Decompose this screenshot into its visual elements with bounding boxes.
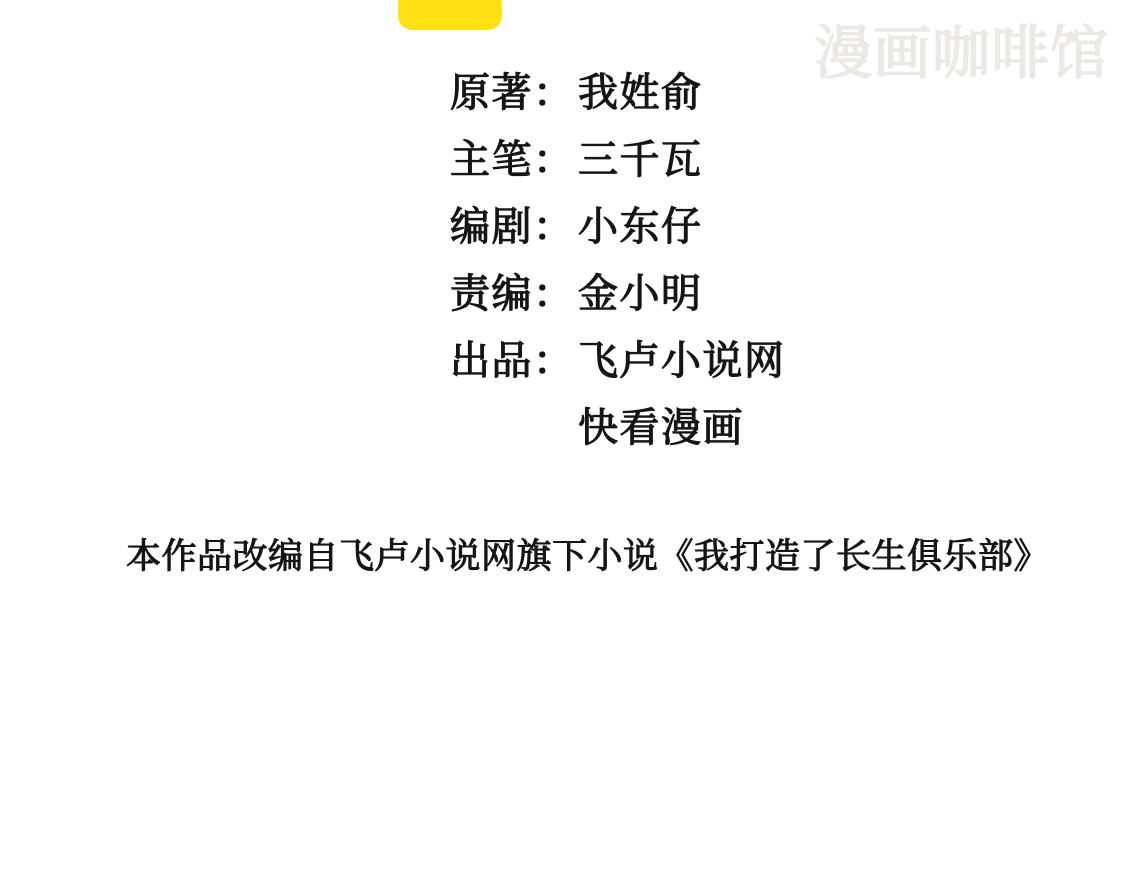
credit-label: 编剧： [450,195,578,252]
adaptation-notice: 本作品改编自飞卢小说网旗下小说《我打造了长生俱乐部》 [126,537,1049,577]
credit-row-lead-artist: 主笔： 三千瓦 [450,123,786,190]
credit-row-screenwriter: 编剧： 小东仔 [450,190,786,257]
credit-value: 我姓俞 [578,61,703,118]
credit-row-original-author: 原著： 我姓俞 [450,56,786,123]
credit-value: 快看漫画 [578,396,744,453]
credit-label: 责编： [450,262,578,319]
credit-row-platform: 快看漫画 [450,391,786,458]
watermark-text: 漫画咖啡馆 [814,6,1109,90]
credit-label: 出品： [450,329,578,386]
credits-block: 原著： 我姓俞 主笔： 三千瓦 编剧： 小东仔 责编： 金小明 出品： 飞卢小说… [450,56,786,458]
credit-row-editor: 责编： 金小明 [450,257,786,324]
credit-label: 原著： [450,61,578,118]
credit-value: 金小明 [578,262,703,319]
yellow-tab-shape [398,0,502,30]
credit-value: 三千瓦 [578,128,703,185]
credit-value: 飞卢小说网 [578,329,786,386]
credit-label: 主笔： [450,128,578,185]
credit-value: 小东仔 [578,195,703,252]
credit-row-producer: 出品： 飞卢小说网 [450,324,786,391]
comic-credits-page: 漫画咖啡馆 原著： 我姓俞 主笔： 三千瓦 编剧： 小东仔 责编： 金小明 出品… [0,0,1125,879]
